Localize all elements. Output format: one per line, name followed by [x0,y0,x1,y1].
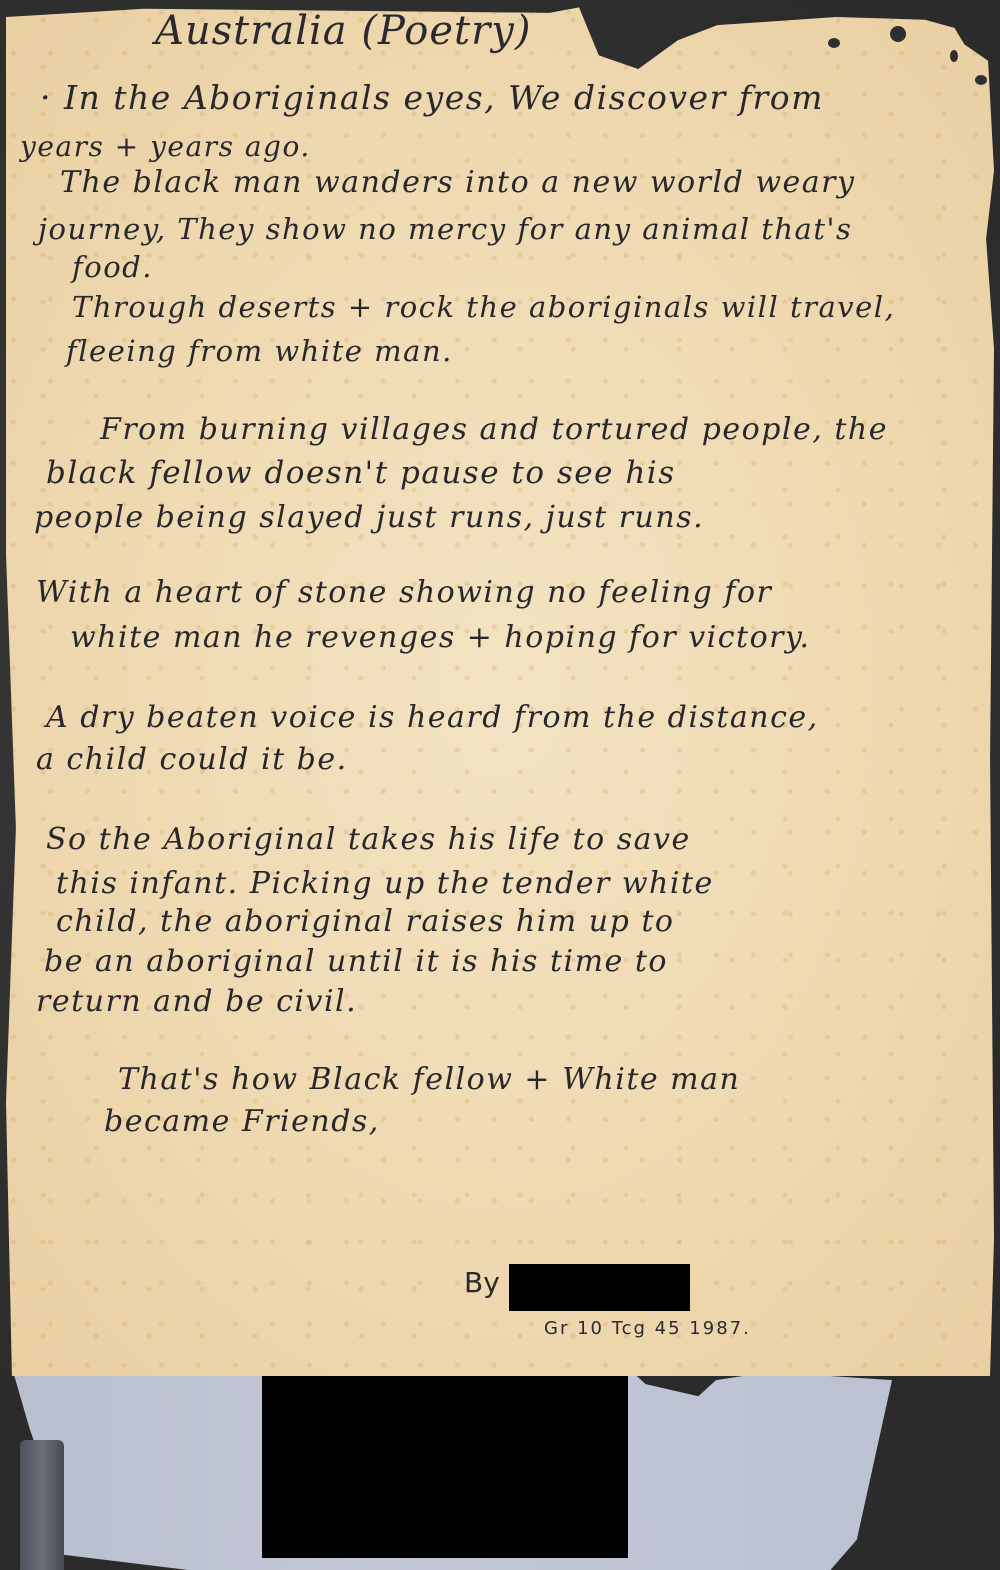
byline-label: By [464,1266,500,1299]
poem-line: · In the Aboriginals eyes, We discover f… [40,78,824,117]
poem-line: child, the aboriginal raises him up to [56,904,674,939]
paper-hole [950,50,958,62]
document-title: Australia (Poetry) [155,8,531,54]
poem-line: white man he revenges + hoping for victo… [70,620,811,655]
poem-line: a child could it be. [36,742,348,777]
paper-hole [828,38,840,48]
poem-line: became Friends, [104,1104,380,1139]
poem-line: A dry beaten voice is heard from the dis… [46,700,819,735]
poem-line: journey, They show no mercy for any anim… [38,212,852,246]
poem-line: be an aboriginal until it is his time to [44,944,668,979]
poem-line: From burning villages and tortured peopl… [100,412,888,447]
binder-spine [20,1440,64,1570]
poem-line: this infant. Picking up the tender white [56,866,714,901]
poem-line: people being slayed just runs, just runs… [34,500,704,535]
poem-line: return and be civil. [36,984,357,1019]
redacted-attachment [262,1368,628,1558]
poem-line: So the Aboriginal takes his life to save [46,822,691,857]
paper-hole [890,26,906,42]
redacted-author-name [509,1264,690,1311]
poem-line: With a heart of stone showing no feeling… [36,575,772,610]
paper-hole [975,75,987,85]
poem-line: The black man wanders into a new world w… [60,165,855,200]
poem-line: food. [72,250,153,284]
poem-line: black fellow doesn't pause to see his [46,455,676,491]
poem-line: years + years ago. [20,130,311,163]
poem-line: That's how Black fellow + White man [118,1062,740,1097]
class-info: Gr 10 Tcg 45 1987. [544,1318,751,1339]
poem-line: fleeing from white man. [66,334,453,368]
poem-line: Through deserts + rock the aboriginals w… [72,290,895,324]
